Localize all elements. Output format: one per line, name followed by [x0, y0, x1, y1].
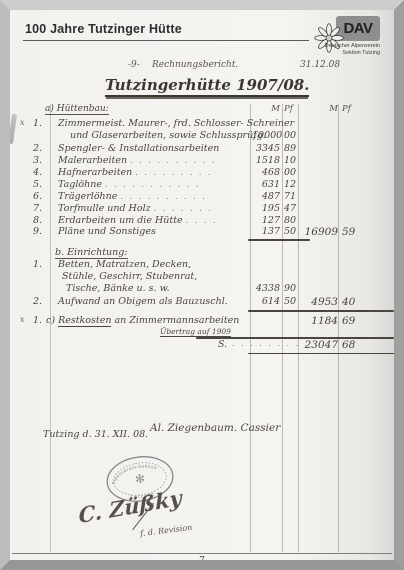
- amount-pfennig: 50: [284, 296, 297, 307]
- row-desc: Stühle, Geschirr, Stubenrat,: [62, 271, 197, 282]
- row-desc: Betten, Matratzen, Decken,: [58, 259, 191, 270]
- row-desc: Taglöhne . . . . . . . . . . .: [58, 179, 200, 190]
- leader-dots: . . . . . . .: [154, 204, 213, 213]
- row-num: 9.: [33, 226, 42, 237]
- amount-mark: 3345: [252, 143, 280, 154]
- logo-org-label: Deutscher Alpenverein: [325, 43, 380, 49]
- leader-dots: . . . . . . . . .: [135, 168, 212, 177]
- col-header-pfennig-1: Pf: [284, 104, 297, 114]
- row-desc: Erdarbeiten um die Hütte . . . .: [58, 215, 218, 226]
- amount-mark: 468: [252, 167, 280, 178]
- amount-pfennig: 12: [284, 179, 297, 190]
- row-desc: und Glaserarbeiten, sowie Schlussprüfg.: [70, 130, 266, 141]
- amount-pfennig: 90: [284, 283, 297, 294]
- amount-pfennig: 89: [284, 143, 297, 154]
- leader-dots: . . . .: [186, 216, 218, 225]
- doc-note-number: -9-: [128, 60, 140, 70]
- row-num: 7.: [33, 203, 42, 214]
- amount-pfennig: 10: [284, 155, 297, 166]
- amount-mark: 1518: [252, 155, 280, 166]
- amount-mark: 127: [252, 215, 280, 226]
- row-desc: Spengler- & Installationsarbeiten: [58, 143, 219, 154]
- row-desc: Trägerlöhne . . . . . . . . . .: [58, 191, 207, 202]
- row-num: 1.: [33, 118, 42, 129]
- logo-section-label: Sektion Tutzing: [342, 50, 380, 56]
- doc-annotation: -9- Rechnungsbericht. 31.12.08: [10, 60, 394, 73]
- amount-mark: 631: [252, 179, 280, 190]
- restkosten-label: Restkosten: [58, 315, 111, 327]
- row-num: 2.: [33, 296, 42, 307]
- amount-mark: 614: [252, 296, 280, 307]
- ledger-row: Tische, Bänke u. s. w. 4338 90: [10, 283, 394, 296]
- row-desc: Torfmulle und Holz . . . . . . .: [58, 203, 213, 214]
- row-num: 1.: [33, 315, 42, 326]
- row-check-mark: x: [20, 118, 25, 127]
- col-header-pfennig-2: Pf: [342, 104, 358, 114]
- sum-line: [248, 353, 394, 354]
- slide-mount-frame: 100 Jahre Tutzinger Hütte DAV Deutscher …: [0, 0, 404, 570]
- row-num: 1.: [33, 259, 42, 270]
- sum-row: S. . . . . . . . . . 23047 68: [10, 339, 394, 352]
- page-number: 7: [10, 556, 394, 560]
- signature-reviewer-note: f. d. Revision: [140, 523, 193, 538]
- amount-pfennig: 00: [284, 130, 297, 141]
- place-date: Tutzing d. 31. XII. 08.: [43, 429, 148, 440]
- document-page: 100 Jahre Tutzinger Hütte DAV Deutscher …: [10, 10, 394, 560]
- page-title: 100 Jahre Tutzinger Hütte: [25, 22, 182, 36]
- leader-dots: . . . . . . . . .: [232, 339, 309, 348]
- footer-rule: [12, 553, 392, 554]
- ledger-row: und Glaserarbeiten, sowie Schlussprüfg. …: [10, 130, 394, 143]
- column-header-row: a) Hüttenbau: M Pf M Pf: [10, 104, 394, 117]
- total-mark: 1184: [302, 315, 338, 327]
- ledger-row: 2. Aufwand an Obigem als Bauzuschl. 614 …: [10, 296, 394, 309]
- sum-line: [248, 239, 310, 241]
- sum-label: S.: [218, 339, 227, 350]
- leader-dots: . . . . . . . . . .: [130, 156, 216, 165]
- signature-cassier: Al. Ziegenbaum. Cassier: [150, 422, 280, 434]
- row-desc: Zimmermeist. Maurer-, frd. Schlosser- Sc…: [58, 118, 294, 129]
- amount-mark: 4338: [252, 283, 280, 294]
- dav-logo-text: DAV: [343, 20, 372, 37]
- total-mark: 4953: [302, 296, 338, 308]
- carryover-note: Übertrag auf 1909: [160, 327, 231, 337]
- row-desc: Pläne und Sonstiges: [58, 226, 156, 237]
- row-desc: c) Restkosten an Zimmermannsarbeiten: [46, 315, 239, 326]
- grand-total-mark: 23047: [302, 339, 338, 351]
- amount-mark: 10000: [252, 130, 280, 141]
- total-pfennig: 59: [342, 226, 358, 238]
- edelweiss-stamp-icon: ✻: [134, 471, 146, 486]
- amount-pfennig: 80: [284, 215, 297, 226]
- leader-dots: . . . . . . . . . .: [120, 192, 206, 201]
- section-b-label: b. Einrichtung:: [55, 247, 128, 259]
- row-num: 5.: [33, 179, 42, 190]
- leader-dots: . . . . . . . . . . .: [105, 180, 200, 189]
- amount-mark: 137: [252, 226, 280, 237]
- amount-mark: 487: [252, 191, 280, 202]
- total-mark: 16909: [302, 226, 338, 238]
- row-num: 6.: [33, 191, 42, 202]
- grand-total-pfennig: 68: [342, 339, 358, 351]
- doc-note-type: Rechnungsbericht.: [152, 60, 238, 70]
- amount-pfennig: 50: [284, 226, 297, 237]
- col-header-mark-2: M: [302, 104, 338, 114]
- row-num: 8.: [33, 215, 42, 226]
- doc-title: Tutzingerhütte 1907/08.: [105, 76, 309, 97]
- amount-pfennig: 47: [284, 203, 297, 214]
- row-num: 4.: [33, 167, 42, 178]
- amount-pfennig: 71: [284, 191, 297, 202]
- section-a-label: a) Hüttenbau:: [45, 104, 109, 115]
- total-pfennig: 40: [342, 296, 358, 308]
- total-pfennig: 69: [342, 315, 358, 327]
- amount-pfennig: 00: [284, 167, 297, 178]
- row-desc: Aufwand an Obigem als Bauzuschl.: [58, 296, 228, 307]
- row-num: 3.: [33, 155, 42, 166]
- ledger-row: 9. Pläne und Sonstiges 137 50 16909 59: [10, 226, 394, 239]
- col-header-mark-1: M: [252, 104, 280, 114]
- doc-note-date: 31.12.08: [300, 60, 340, 70]
- row-desc: Tische, Bänke u. s. w.: [66, 283, 170, 294]
- row-num: 2.: [33, 143, 42, 154]
- header-rule: [23, 40, 309, 41]
- sum-line: [248, 310, 394, 312]
- amount-mark: 195: [252, 203, 280, 214]
- row-check-mark: x: [20, 315, 25, 324]
- row-desc: Hafnerarbeiten . . . . . . . . .: [58, 167, 213, 178]
- row-desc: Malerarbeiten . . . . . . . . . .: [58, 155, 216, 166]
